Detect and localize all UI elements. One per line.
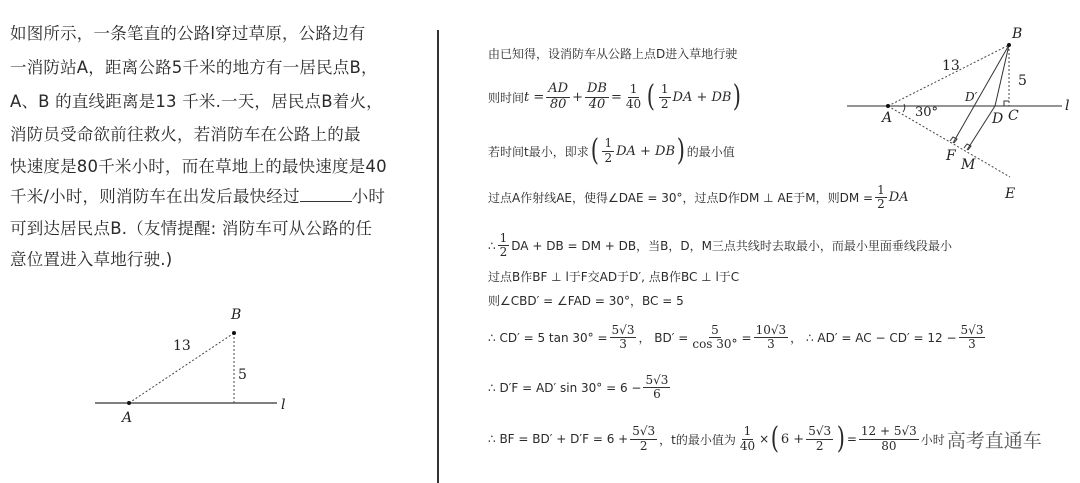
step5-text: DA + DB = DM + DB，当B，D，M三点共线时去取最小，而最小里面垂… bbox=[511, 237, 952, 254]
frac-1-40: 140 bbox=[624, 83, 643, 110]
frac-db-40: DB40 bbox=[585, 82, 609, 112]
solution-step-6: 过点B作BF ⊥ l于F交AD于D′, 点B作BC ⊥ l于C bbox=[488, 268, 739, 285]
frac-5root3-6: 5√36 bbox=[643, 374, 670, 401]
right-fig-label-a: A bbox=[882, 110, 892, 126]
paren-right: ) bbox=[677, 136, 685, 166]
frac-5root3-2: 5√32 bbox=[630, 425, 657, 452]
right-fig-label-c: C bbox=[1008, 108, 1019, 124]
frac-1-2: 12 bbox=[498, 232, 510, 259]
step4-tail: DA bbox=[889, 190, 909, 205]
right-fig-label-5: 5 bbox=[1018, 73, 1027, 89]
paren-right: ) bbox=[837, 424, 845, 454]
right-fig-label-e: E bbox=[1005, 186, 1015, 202]
right-fig-label-d-prime: D′ bbox=[965, 90, 977, 104]
solution-step-3: 若时间t最小，即求 ( 12 DA + DB ) 的最小值 bbox=[488, 136, 735, 166]
step10-d: 6 + bbox=[781, 432, 804, 447]
right-fig-label-m: M bbox=[961, 157, 975, 173]
frac-answer: 12 + 5√380 bbox=[859, 425, 919, 452]
frac-5root3-2: 5√32 bbox=[806, 425, 833, 452]
right-fig-label-13: 13 bbox=[942, 58, 960, 74]
solution-step-10: ∴ BF = BD′ + D′F = 6 + 5√32 ，t的最小值为 140 … bbox=[488, 424, 1042, 454]
step8-d: ， ∴ AD′ = AC − CD′ = 12 − bbox=[790, 329, 956, 346]
step3-prefix: 若时间t最小，即求 bbox=[488, 143, 589, 160]
step10-b: ，t的最小值为 bbox=[659, 431, 736, 448]
step2-plus: + bbox=[572, 90, 583, 105]
step2-prefix: 则时间 bbox=[488, 89, 524, 106]
right-fig-label-l: l bbox=[1065, 98, 1069, 114]
solution-step-5: ∴ 12 DA + DB = DM + DB，当B，D，M三点共线时去取最小，而… bbox=[488, 232, 952, 259]
paren-left: ( bbox=[771, 424, 779, 454]
step2-tail: DA + DB bbox=[673, 90, 732, 105]
solution-step-8: ∴ CD′ = 5 tan 30° = 5√33 ， BD′ = 5cos 30… bbox=[488, 324, 987, 351]
paren-left: ( bbox=[647, 82, 655, 112]
right-fig-label-d: D bbox=[992, 111, 1003, 127]
step8-a: ∴ CD′ = 5 tan 30° = bbox=[488, 331, 608, 345]
right-fig-label-b: B bbox=[1012, 26, 1022, 42]
paren-left: ( bbox=[590, 136, 598, 166]
step8-c: = bbox=[742, 331, 752, 345]
step2-eq: = bbox=[611, 90, 622, 105]
unit-hours: 小时 bbox=[921, 431, 945, 448]
step3-mid: DA + DB bbox=[616, 144, 675, 159]
right-fig-label-f: F bbox=[946, 148, 956, 164]
frac-1-2: 12 bbox=[875, 184, 887, 211]
times-symbol: × bbox=[759, 432, 769, 446]
step4-text: 过点A作射线AE，使得∠DAE = 30°，过点D作DM ⊥ AE于M，则DM … bbox=[488, 189, 873, 206]
frac-1-40: 140 bbox=[738, 425, 757, 452]
solution-step-7: 则∠CBD′ = ∠FAD = 30°，BC = 5 bbox=[488, 292, 684, 309]
step8-b: ， BD′ = bbox=[638, 329, 688, 346]
step3-suffix: 的最小值 bbox=[687, 143, 735, 160]
frac-5root3-3: 5√33 bbox=[610, 324, 637, 351]
frac-10root3-3: 10√33 bbox=[754, 324, 789, 351]
solution-step-1: 由已知得，设消防车从公路上点D进入草地行驶 bbox=[488, 45, 737, 62]
step9-a: ∴ D′F = AD′ sin 30° = 6 − bbox=[488, 381, 641, 395]
step10-eq: = bbox=[847, 432, 857, 446]
right-fig-label-angle: 30° bbox=[915, 105, 938, 120]
step2-t: t = bbox=[524, 90, 544, 105]
frac-ad-80: AD80 bbox=[546, 82, 570, 112]
solution-step-2: 则时间 t = AD80 + DB40 = 140 ( 12 DA + DB ) bbox=[488, 82, 743, 112]
frac-1-2: 12 bbox=[659, 83, 671, 110]
watermark: 高考直通车 bbox=[947, 426, 1042, 453]
solution-step-9: ∴ D′F = AD′ sin 30° = 6 − 5√36 bbox=[488, 374, 672, 401]
frac-1-2: 12 bbox=[602, 137, 614, 164]
step10-a: ∴ BF = BD′ + D′F = 6 + bbox=[488, 432, 628, 446]
therefore-symbol: ∴ bbox=[488, 239, 496, 253]
frac-5-cos30: 5cos 30° bbox=[690, 324, 739, 351]
solution-step-4: 过点A作射线AE，使得∠DAE = 30°，过点D作DM ⊥ AE于M，则DM … bbox=[488, 184, 909, 211]
paren-right: ) bbox=[733, 82, 741, 112]
frac-5root3-3: 5√33 bbox=[959, 324, 986, 351]
